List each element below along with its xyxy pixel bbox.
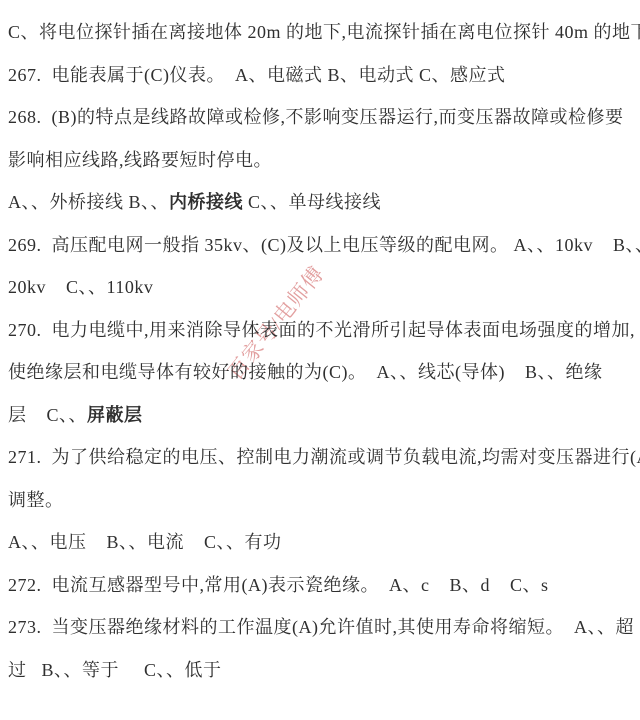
text-line: 使绝缘层和电缆导体有较好的接触的为(C)。 A、、线芯(导体) B、、绝缘 [8,351,634,394]
text-line: 层 C、、屏蔽层 [8,394,634,437]
text-segment: 268. (B)的特点是线路故障或检修,不影响变压器运行,而变压器故障或检修要 [8,107,624,127]
text-line: 269. 高压配电网一般指 35kv、(C)及以上电压等级的配电网。 A、、10… [8,224,634,267]
text-line: C、将电位探针插在离接地体 20m 的地下,电流探针插在离电位探针 40m 的地… [8,11,634,54]
text-segment: 269. 高压配电网一般指 35kv、(C)及以上电压等级的配电网。 A、、10… [8,235,640,255]
text-line: 272. 电流互感器型号中,常用(A)表示瓷绝缘。 A、c B、d C、s [8,564,634,607]
text-segment: 调整。 [8,490,64,510]
bold-text-segment: 屏蔽层 [87,405,143,425]
text-line: 20kv C、、110kv [8,266,634,309]
text-segment: 影响相应线路,线路要短时停电。 [8,150,272,170]
document-content: C、将电位探针插在离接地体 20m 的地下,电流探针插在离电位探针 40m 的地… [0,0,640,691]
text-segment: 使绝缘层和电缆导体有较好的接触的为(C)。 A、、线芯(导体) B、、绝缘 [8,362,602,382]
text-segment: 270. 电力电缆中,用来消除导体表面的不光滑所引起导体表面电场强度的增加, [8,320,635,340]
document-page: 百家号/电师傅 C、将电位探针插在离接地体 20m 的地下,电流探针插在离电位探… [0,0,640,720]
text-segment: 272. 电流互感器型号中,常用(A)表示瓷绝缘。 A、c B、d C、s [8,575,549,595]
text-segment: 271. 为了供给稳定的电压、控制电力潮流或调节负载电流,均需对变压器进行(A) [8,447,640,467]
bold-text-segment: 内桥接线 [169,192,243,212]
text-line: 267. 电能表属于(C)仪表。 A、电磁式 B、电动式 C、感应式 [8,54,634,97]
text-line: 271. 为了供给稳定的电压、控制电力潮流或调节负载电流,均需对变压器进行(A) [8,436,634,479]
text-segment: 过 B、、等于 C、、低于 [8,660,222,680]
text-line: 268. (B)的特点是线路故障或检修,不影响变压器运行,而变压器故障或检修要 [8,96,634,139]
text-line: A、、电压 B、、电流 C、、有功 [8,521,634,564]
text-segment: A、、电压 B、、电流 C、、有功 [8,532,282,552]
text-segment: 层 C、、 [8,405,87,425]
text-line: 过 B、、等于 C、、低于 [8,649,634,692]
text-line: 影响相应线路,线路要短时停电。 [8,139,634,182]
text-line: 调整。 [8,479,634,522]
text-segment: C、、单母线接线 [243,192,381,212]
text-segment: A、、外桥接线 B、、 [8,192,169,212]
text-line: A、、外桥接线 B、、内桥接线 C、、单母线接线 [8,181,634,224]
text-line: 273. 当变压器绝缘材料的工作温度(A)允许值时,其使用寿命将缩短。 A、、超 [8,606,634,649]
text-line: 270. 电力电缆中,用来消除导体表面的不光滑所引起导体表面电场强度的增加, [8,309,634,352]
text-segment: 267. 电能表属于(C)仪表。 A、电磁式 B、电动式 C、感应式 [8,65,506,85]
text-segment: 20kv C、、110kv [8,277,153,297]
text-segment: C、将电位探针插在离接地体 20m 的地下,电流探针插在离电位探针 40m 的地… [8,22,640,42]
text-segment: 273. 当变压器绝缘材料的工作温度(A)允许值时,其使用寿命将缩短。 A、、超 [8,617,634,637]
